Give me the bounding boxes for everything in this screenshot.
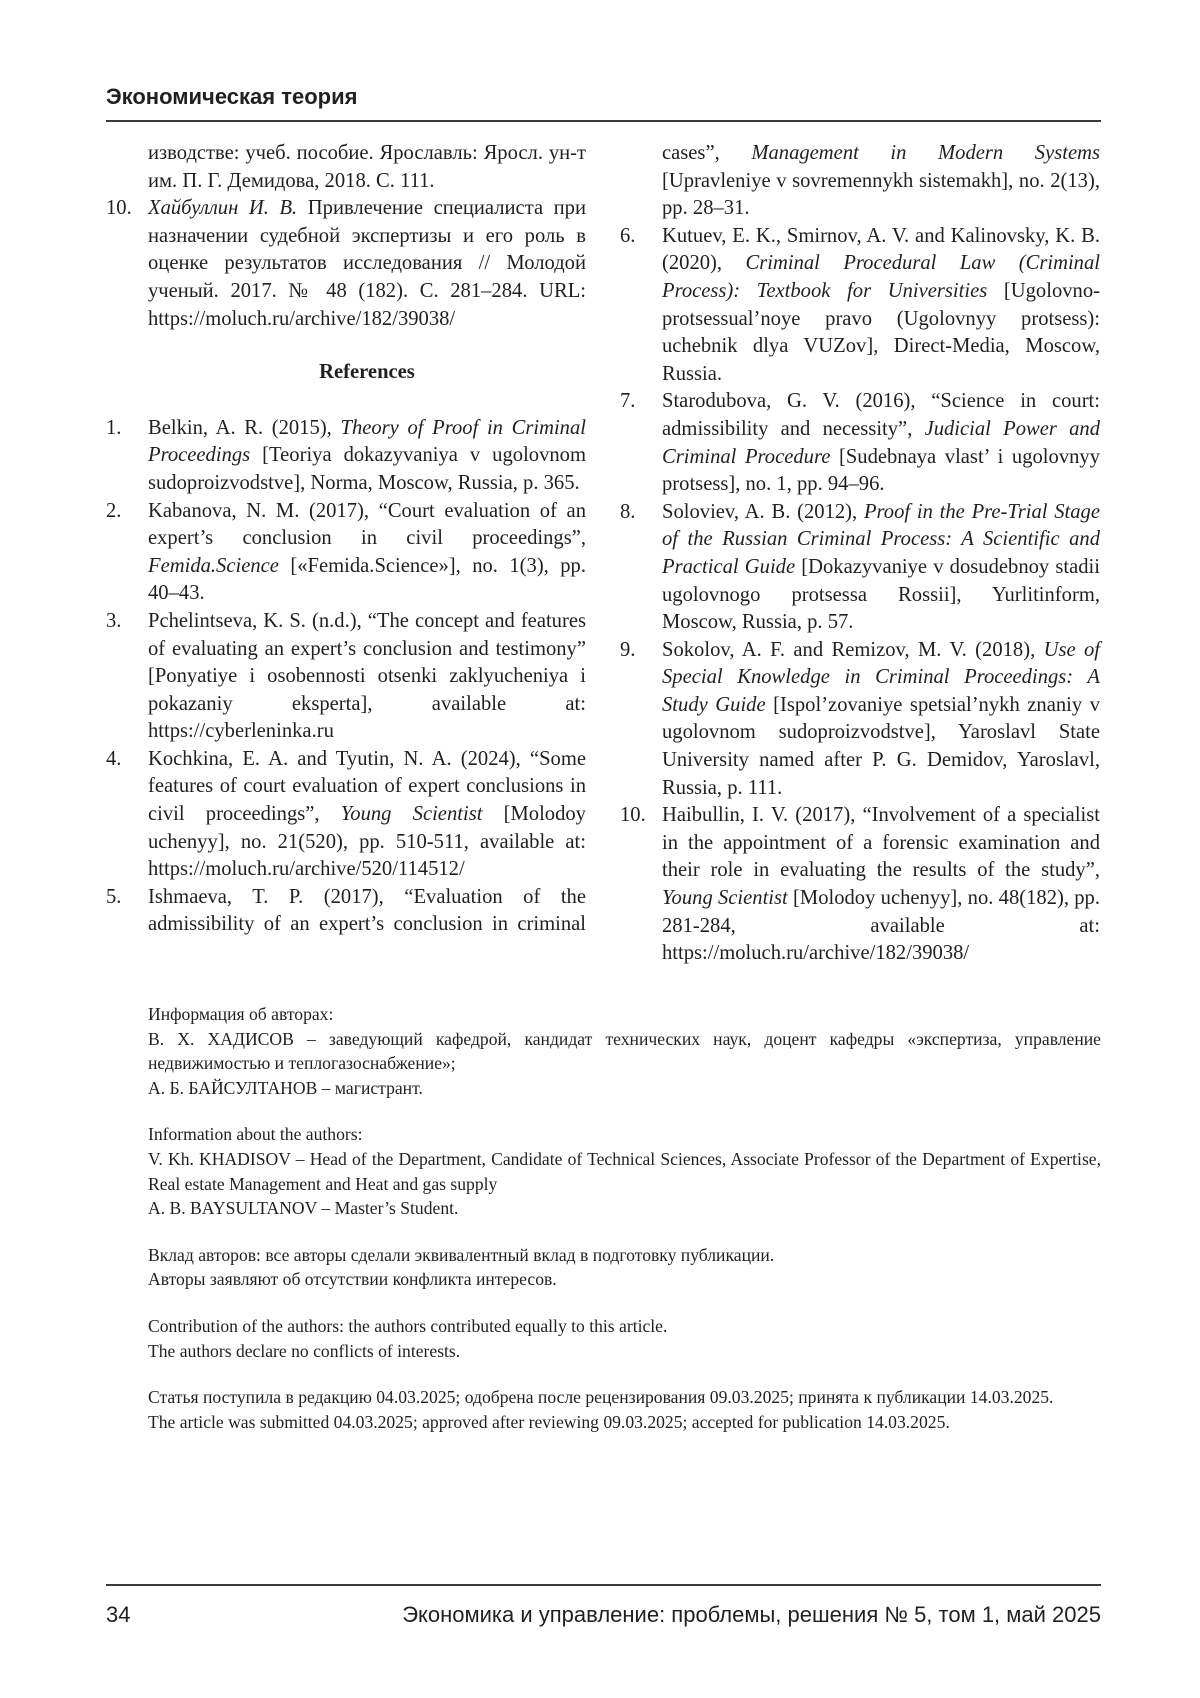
- authors-info-heading: Информация об авторах:: [148, 1002, 1101, 1027]
- reference-item: 10. Haibullin, I. V. (2017), “Involvemen…: [620, 802, 1100, 968]
- dates-ru: Статья поступила в редакцию 04.03.2025; …: [148, 1385, 1101, 1410]
- article-dates: Статья поступила в редакцию 04.03.2025; …: [148, 1385, 1101, 1434]
- reference-item: 4. Kochkina, E. A. and Tyutin, N. A. (20…: [106, 746, 586, 884]
- reference-text: cases”, Management in Modern Systems [Up…: [620, 140, 1100, 223]
- reference-title: Young Scientist: [341, 803, 483, 825]
- reference-number: 1.: [106, 415, 148, 498]
- reference-number: 8.: [620, 499, 662, 637]
- journal-name: Экономика и управление: проблемы, решени…: [402, 1602, 1101, 1628]
- authors-info-ru: Информация об авторах: В. Х. ХАДИСОВ – з…: [148, 1002, 1101, 1100]
- reference-pre: Kabanova, N. M. (2017), “Court evaluatio…: [148, 500, 586, 550]
- reference-title: Young Scientist: [662, 887, 788, 909]
- reference-text: Kutuev, E. K., Smirnov, A. V. and Kalino…: [662, 223, 1100, 389]
- dates-en: The article was submitted 04.03.2025; ap…: [148, 1410, 1101, 1435]
- reference-item: 5. Ishmaeva, T. P. (2017), “Evaluation o…: [106, 884, 586, 939]
- reference-item: 8. Soloviev, A. B. (2012), Proof in the …: [620, 499, 1100, 637]
- reference-pre: Pchelintseva, K. S. (n.d.), “The concept…: [148, 610, 586, 742]
- author-entry: А. Б. БАЙСУЛТАНОВ – магистрант.: [148, 1076, 1101, 1101]
- contribution-ru: Вклад авторов: все авторы сделали эквива…: [148, 1243, 1101, 1292]
- reference-number: 10.: [620, 802, 662, 968]
- author-entry: A. B. BAYSULTANOV – Master’s Student.: [148, 1196, 1101, 1221]
- reference-text: Sokolov, A. F. and Remizov, M. V. (2018)…: [662, 637, 1100, 803]
- conflict-statement: Авторы заявляют об отсутствии конфликта …: [148, 1267, 1101, 1292]
- reference-number: 9.: [620, 637, 662, 803]
- author-entry: В. Х. ХАДИСОВ – заведующий кафедрой, кан…: [148, 1027, 1101, 1076]
- section-title: Экономическая теория: [106, 84, 357, 110]
- reference-number: 2.: [106, 498, 148, 608]
- reference-pre: Haibullin, I. V. (2017), “Involvement of…: [662, 804, 1100, 881]
- page-number: 34: [106, 1602, 130, 1628]
- reference-number: 3.: [106, 608, 148, 746]
- reference-post: [Upravleniye v sovremennykh sistemakh], …: [662, 170, 1100, 220]
- reference-continuation: изводстве: учеб. пособие. Ярославль: Яро…: [106, 140, 586, 195]
- reference-text: Haibullin, I. V. (2017), “Involvement of…: [662, 802, 1100, 968]
- article-metadata: Информация об авторах: В. Х. ХАДИСОВ – з…: [148, 1002, 1101, 1456]
- reference-item: 7. Starodubova, G. V. (2016), “Science i…: [620, 388, 1100, 498]
- reference-item: 9. Sokolov, A. F. and Remizov, M. V. (20…: [620, 637, 1100, 803]
- authors-info-heading: Information about the authors:: [148, 1122, 1101, 1147]
- reference-text: Soloviev, A. B. (2012), Proof in the Pre…: [662, 499, 1100, 637]
- reference-item: 3. Pchelintseva, K. S. (n.d.), “The conc…: [106, 608, 586, 746]
- reference-pre: Soloviev, A. B. (2012),: [662, 501, 864, 523]
- reference-title: Femida.Science: [148, 555, 279, 577]
- reference-continuation: cases”, Management in Modern Systems [Up…: [620, 140, 1100, 223]
- reference-item: 6. Kutuev, E. K., Smirnov, A. V. and Kal…: [620, 223, 1100, 389]
- reference-text: Starodubova, G. V. (2016), “Science in c…: [662, 388, 1100, 498]
- reference-number: 10.: [106, 195, 148, 333]
- reference-author: Хайбуллин И. В.: [148, 197, 297, 219]
- reference-title: Management in Modern Systems: [751, 142, 1100, 164]
- references-heading: References: [148, 359, 586, 387]
- reference-pre: Ishmaeva, T. P. (2017), “Evaluation of t…: [148, 886, 586, 936]
- reference-text: Pchelintseva, K. S. (n.d.), “The concept…: [148, 608, 586, 746]
- author-entry: V. Kh. KHADISOV – Head of the Department…: [148, 1147, 1101, 1196]
- contribution-statement: Вклад авторов: все авторы сделали эквива…: [148, 1243, 1101, 1268]
- reference-number: 4.: [106, 746, 148, 884]
- left-column: изводстве: учеб. пособие. Ярославль: Яро…: [106, 140, 586, 939]
- russian-reference-10: 10. Хайбуллин И. В. Привлечение специали…: [106, 195, 586, 333]
- contribution-statement: Contribution of the authors: the authors…: [148, 1314, 1101, 1339]
- reference-number: 6.: [620, 223, 662, 389]
- conflict-statement: The authors declare no conflicts of inte…: [148, 1339, 1101, 1364]
- reference-text: Хайбуллин И. В. Привлечение специалиста …: [148, 195, 586, 333]
- reference-item: 2. Kabanova, N. M. (2017), “Court evalua…: [106, 498, 586, 608]
- reference-text: Kochkina, E. A. and Tyutin, N. A. (2024)…: [148, 746, 586, 884]
- authors-info-en: Information about the authors: V. Kh. KH…: [148, 1122, 1101, 1220]
- reference-text: Kabanova, N. M. (2017), “Court evaluatio…: [148, 498, 586, 608]
- reference-item: 1. Belkin, A. R. (2015), Theory of Proof…: [106, 415, 586, 498]
- right-column: cases”, Management in Modern Systems [Up…: [620, 140, 1100, 968]
- header-rule: [106, 120, 1101, 122]
- reference-number: 5.: [106, 884, 148, 939]
- reference-text: Belkin, A. R. (2015), Theory of Proof in…: [148, 415, 586, 498]
- contribution-en: Contribution of the authors: the authors…: [148, 1314, 1101, 1363]
- reference-pre: Belkin, A. R. (2015),: [148, 417, 340, 439]
- reference-text: Ishmaeva, T. P. (2017), “Evaluation of t…: [148, 884, 586, 939]
- reference-pre: Sokolov, A. F. and Remizov, M. V. (2018)…: [662, 639, 1044, 661]
- footer-rule: [106, 1584, 1101, 1586]
- reference-number: 7.: [620, 388, 662, 498]
- reference-text: изводстве: учеб. пособие. Ярославль: Яро…: [106, 140, 586, 195]
- reference-pre: cases”,: [662, 142, 751, 164]
